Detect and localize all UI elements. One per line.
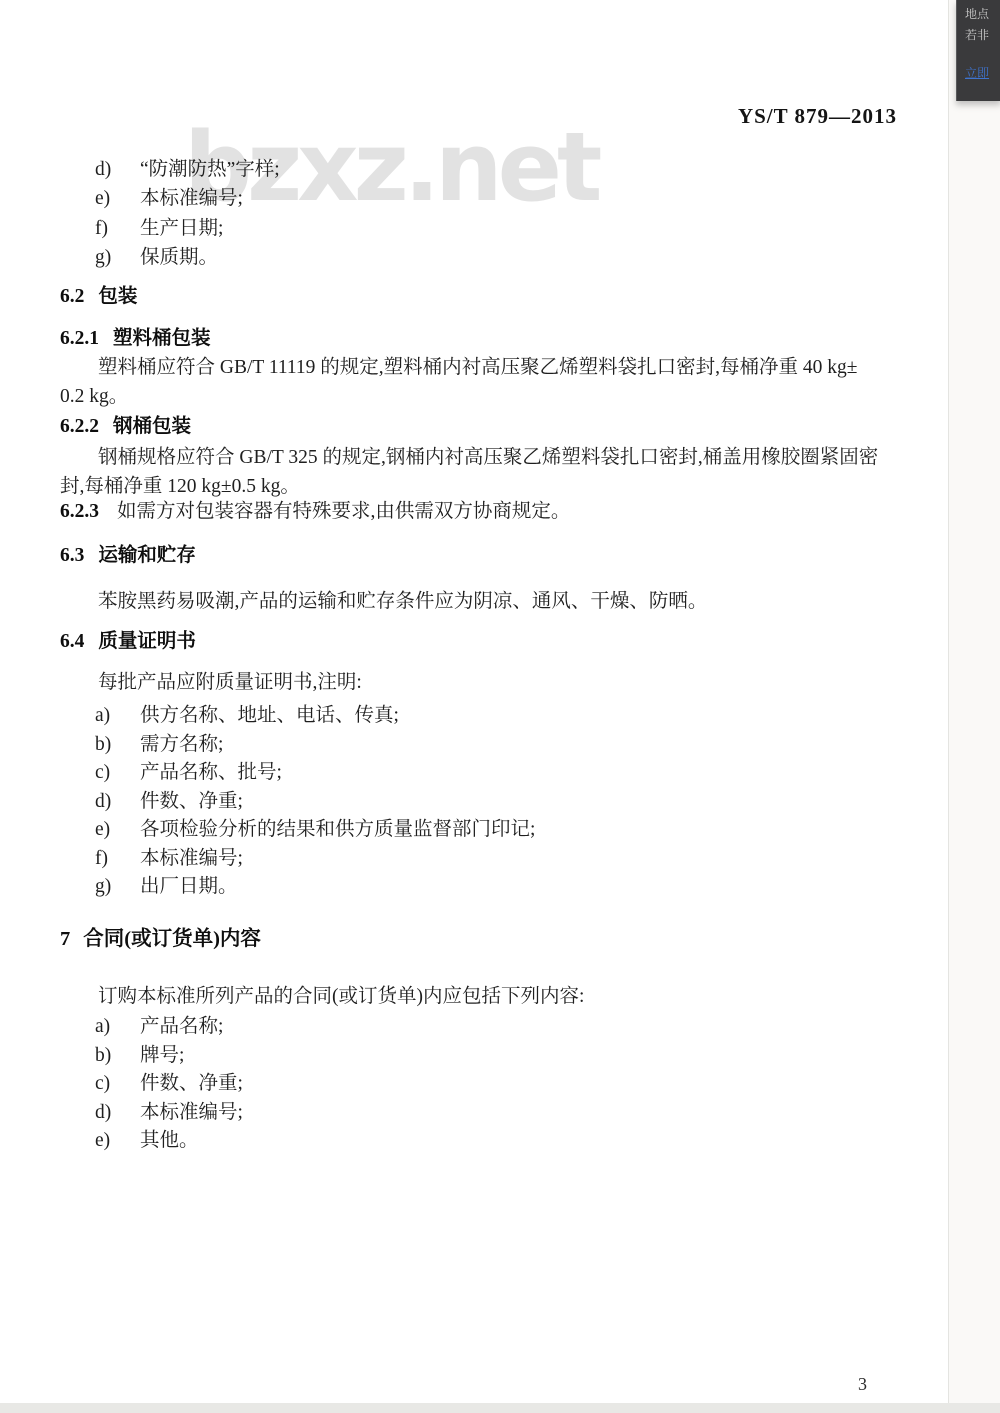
item-letter: c) (95, 1070, 140, 1099)
paragraph-line: 0.2 kg。 (60, 382, 910, 411)
paragraph-line: 塑料桶应符合 GB/T 11119 的规定,塑料桶内衬高压聚乙烯塑料袋扎口密封,… (60, 353, 910, 382)
list-item: e) 各项检验分析的结果和供方质量监督部门印记; (95, 816, 535, 845)
popup-text-line: 地点 (965, 5, 989, 22)
list-item: g) 保质期。 (95, 243, 280, 272)
item-letter: g) (95, 873, 140, 902)
list-item: f) 本标准编号; (95, 845, 535, 874)
paragraph-6-2-2: 钢桶规格应符合 GB/T 325 的规定,钢桶内衬高压聚乙烯塑料袋扎口密封,桶盖… (60, 443, 910, 502)
clause-number: 7 (60, 928, 70, 950)
clause-title: 包装 (98, 286, 137, 307)
clause-number: 6.2.2 (60, 416, 99, 437)
paragraph-line: 订购本标准所列产品的合同(或订货单)内应包括下列内容: (60, 982, 910, 1011)
item-letter: b) (95, 731, 140, 760)
heading-6-2: 6.2包装 (60, 284, 910, 310)
item-text: 本标准编号; (140, 184, 243, 213)
item-letter: e) (95, 184, 140, 213)
item-letter: e) (95, 816, 140, 845)
list-item: c) 产品名称、批号; (95, 759, 535, 788)
item-letter: c) (95, 759, 140, 788)
list-item: f) 生产日期; (95, 214, 280, 243)
clause-title: 质量证明书 (98, 631, 196, 652)
clause-number: 6.2.1 (60, 328, 99, 349)
item-text: 产品名称、批号; (140, 759, 282, 788)
lettered-list-marking: d) “防潮防热”字样; e) 本标准编号; f) 生产日期; g) 保质期。 (95, 155, 280, 273)
item-text: 供方名称、地址、电话、传真; (140, 702, 399, 731)
heading-7: 7合同(或订货单)内容 (60, 926, 910, 952)
list-item: d) 件数、净重; (95, 788, 535, 817)
item-text: 生产日期; (140, 214, 223, 243)
paragraph-line: 每批产品应附质量证明书,注明: (60, 668, 910, 697)
bottom-strip (0, 1403, 1000, 1413)
item-letter: b) (95, 1042, 140, 1071)
item-letter: d) (95, 1099, 140, 1128)
notification-popup: 地点 若非 立即 (956, 0, 1000, 101)
lettered-list-contract: a) 产品名称; b) 牌号; c) 件数、净重; d) 本标准编号; e) 其… (95, 1013, 243, 1156)
item-letter: a) (95, 1013, 140, 1042)
item-text: 各项检验分析的结果和供方质量监督部门印记; (140, 816, 535, 845)
clause-6-2-3: 6.2.3如需方对包装容器有特殊要求,由供需双方协商规定。 (60, 499, 910, 525)
clause-number: 6.4 (60, 631, 84, 652)
item-letter: d) (95, 788, 140, 817)
list-item: b) 需方名称; (95, 731, 535, 760)
item-letter: d) (95, 155, 140, 184)
clause-title: 塑料桶包装 (113, 328, 211, 349)
heading-6-4: 6.4质量证明书 (60, 629, 910, 655)
item-text: 其他。 (140, 1127, 199, 1156)
item-letter: e) (95, 1127, 140, 1156)
item-text: 需方名称; (140, 731, 223, 760)
list-item: a) 产品名称; (95, 1013, 243, 1042)
heading-6-2-1: 6.2.1塑料桶包装 (60, 326, 910, 352)
item-letter: f) (95, 845, 140, 874)
list-item: d) 本标准编号; (95, 1099, 243, 1128)
document-page: bzxz.net YS/T 879—2013 d) “防潮防热”字样; e) 本… (0, 0, 1000, 1413)
item-letter: g) (95, 243, 140, 272)
list-item: e) 本标准编号; (95, 184, 280, 213)
lettered-list-certificate: a) 供方名称、地址、电话、传真; b) 需方名称; c) 产品名称、批号; d… (95, 702, 535, 902)
paragraph-6-3: 苯胺黑药易吸潮,产品的运输和贮存条件应为阴凉、通风、干燥、防晒。 (60, 587, 910, 616)
clause-title: 合同(或订货单)内容 (83, 928, 261, 950)
item-text: “防潮防热”字样; (140, 155, 280, 184)
paragraph-7: 订购本标准所列产品的合同(或订货单)内应包括下列内容: (60, 982, 910, 1011)
paragraph-6-4: 每批产品应附质量证明书,注明: (60, 668, 910, 697)
page-right-edge (948, 0, 1000, 1413)
item-letter: f) (95, 214, 140, 243)
item-text: 件数、净重; (140, 788, 243, 817)
heading-6-2-2: 6.2.2钢桶包装 (60, 414, 910, 440)
item-text: 保质期。 (140, 243, 218, 272)
page-number: 3 (858, 1374, 867, 1395)
list-item: d) “防潮防热”字样; (95, 155, 280, 184)
list-item: e) 其他。 (95, 1127, 243, 1156)
clause-number: 6.2.3 (60, 501, 99, 522)
paragraph-line: 钢桶规格应符合 GB/T 325 的规定,钢桶内衬高压聚乙烯塑料袋扎口密封,桶盖… (60, 443, 910, 472)
popup-text-line: 若非 (965, 26, 989, 43)
list-item: g) 出厂日期。 (95, 873, 535, 902)
item-text: 产品名称; (140, 1013, 223, 1042)
item-text: 件数、净重; (140, 1070, 243, 1099)
paragraph-line: 苯胺黑药易吸潮,产品的运输和贮存条件应为阴凉、通风、干燥、防晒。 (60, 587, 910, 616)
clause-number: 6.2 (60, 286, 84, 307)
paragraph-line: 封,每桶净重 120 kg±0.5 kg。 (60, 472, 910, 501)
popup-link[interactable]: 立即 (965, 64, 989, 81)
clause-title: 运输和贮存 (98, 545, 196, 566)
clause-number: 6.3 (60, 545, 84, 566)
item-text: 本标准编号; (140, 845, 243, 874)
list-item: b) 牌号; (95, 1042, 243, 1071)
paragraph-6-2-1: 塑料桶应符合 GB/T 11119 的规定,塑料桶内衬高压聚乙烯塑料袋扎口密封,… (60, 353, 910, 412)
item-text: 出厂日期。 (140, 873, 238, 902)
list-item: c) 件数、净重; (95, 1070, 243, 1099)
item-letter: a) (95, 702, 140, 731)
clause-title: 钢桶包装 (113, 416, 191, 437)
list-item: a) 供方名称、地址、电话、传真; (95, 702, 535, 731)
standard-number: YS/T 879—2013 (738, 104, 897, 129)
clause-text: 如需方对包装容器有特殊要求,由供需双方协商规定。 (117, 501, 570, 522)
heading-6-3: 6.3运输和贮存 (60, 543, 910, 569)
item-text: 牌号; (140, 1042, 184, 1071)
item-text: 本标准编号; (140, 1099, 243, 1128)
